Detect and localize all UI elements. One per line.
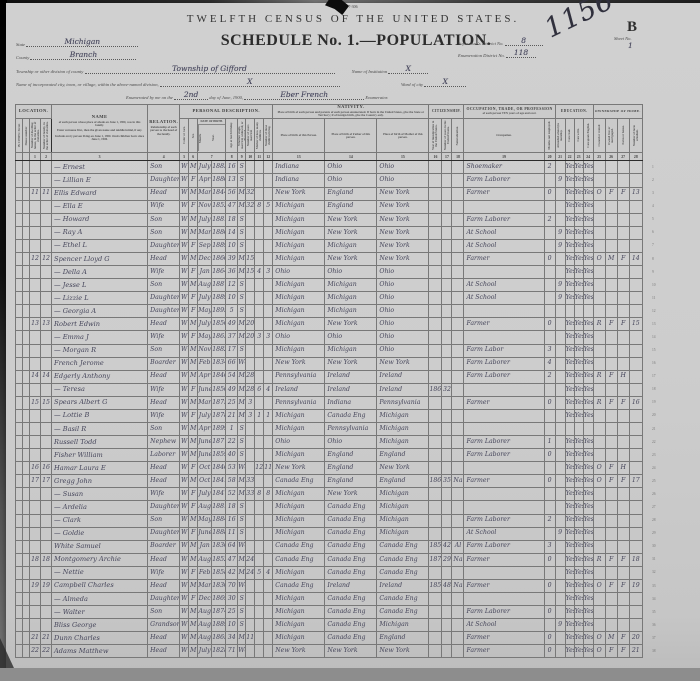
cell-en: Yes (583, 200, 593, 213)
cell-mpob: England (377, 632, 429, 645)
cell-st (16, 331, 23, 344)
cell-sex: F (189, 488, 198, 501)
cell-wr: Yes (574, 436, 583, 449)
cell-fm (605, 239, 617, 252)
cell-rd: Yes (565, 579, 574, 592)
cell-nat (452, 252, 464, 265)
cell-yus (442, 252, 452, 265)
cell-own (593, 606, 605, 619)
cell-nat (452, 174, 464, 187)
cell-cl (264, 305, 273, 318)
cell-imm: 1865 (429, 475, 442, 488)
name-cell: — Lizzie L (52, 292, 148, 305)
cell-fpob: Indiana (325, 396, 377, 409)
cell-imm (429, 187, 442, 200)
cell-occ (464, 383, 544, 396)
cell-imm: 1852 (429, 579, 442, 592)
census-table: LOCATION. NAME of each person whose plac… (15, 104, 643, 658)
cell-pob: Michigan (273, 213, 325, 226)
cell-ms: S (238, 161, 246, 174)
cell-yus (442, 527, 452, 540)
cell-occ: Farm Laborer (464, 449, 544, 462)
cell-cl: 1 (264, 409, 273, 422)
cell-st (16, 449, 23, 462)
cell-age: 16 (226, 514, 238, 527)
cell-occ: Farmer (464, 579, 544, 592)
enumerator-label: Enumerator. (365, 95, 388, 100)
cell-rd: Yes (565, 370, 574, 383)
cell-hn (23, 566, 30, 579)
name-cell: — Morgan R (52, 344, 148, 357)
table-row: — TeresaWifeWFJune185049M2864IrelandIrel… (16, 383, 643, 396)
cell-own (593, 540, 605, 553)
cell-fpob: New York (325, 213, 377, 226)
cell-wr: Yes (574, 619, 583, 632)
cell-mne (544, 174, 555, 187)
cell-sch (555, 370, 565, 383)
cell-mne: 2 (544, 213, 555, 226)
cell-pob: Canada Eng (273, 553, 325, 566)
cell-dw (30, 239, 41, 252)
table-row: 2222Adams MatthewHeadWMJuly182871WdNew Y… (16, 645, 643, 658)
cell-sex: M (189, 318, 198, 331)
cell-st (16, 540, 23, 553)
cell-fh (617, 501, 629, 514)
cell-en: Yes (583, 449, 593, 462)
cell-mpob: Michigan (377, 409, 429, 422)
cell-en: Yes (583, 606, 593, 619)
cell-fam: 14 (41, 370, 52, 383)
cell-mc: 8 (255, 200, 264, 213)
cell-mne (544, 592, 555, 605)
cell-age: 11 (226, 527, 238, 540)
cell-rel: Wife (148, 566, 180, 579)
cell-by: 1834 (212, 357, 226, 370)
cell-occ: At School (464, 239, 544, 252)
cell-st (16, 436, 23, 449)
cell-sch: 9 (555, 239, 565, 252)
cell-rel: Head (148, 252, 180, 265)
dob-month-col-header: Month. (198, 125, 212, 151)
cell-pob: Ireland (273, 383, 325, 396)
cell-fm (605, 200, 617, 213)
cell-mc (255, 579, 264, 592)
cell-by: 1887 (212, 279, 226, 292)
cell-fpob: Canada Eng (325, 592, 377, 605)
cell-wr: Yes (574, 200, 583, 213)
cell-fh (617, 383, 629, 396)
cell-occ: Farm Laborer (464, 357, 544, 370)
cell-nat (452, 632, 464, 645)
cell-wr: Yes (574, 187, 583, 200)
cell-age: 36 (226, 266, 238, 279)
cell-sex: M (189, 161, 198, 174)
cell-ms: M (238, 266, 246, 279)
cell-yus (442, 632, 452, 645)
cell-rd: Yes (565, 200, 574, 213)
cell-fpob: Ireland (325, 579, 377, 592)
cell-fs: 19 (629, 579, 642, 592)
cell-fs: 20 (629, 632, 642, 645)
cell-fpob: New York (325, 252, 377, 265)
cell-cl (264, 187, 273, 200)
name-cell: — Almeda (52, 592, 148, 605)
cell-en: Yes (583, 226, 593, 239)
cell-mc (255, 187, 264, 200)
cell-imm: 1858 (429, 540, 442, 553)
cell-rel: Head (148, 462, 180, 475)
cell-dw: 16 (30, 462, 41, 475)
cell-fs (629, 409, 642, 422)
cell-hn (23, 488, 30, 501)
cell-dw (30, 449, 41, 462)
cell-cl (264, 174, 273, 187)
cell-mpob: Michigan (377, 436, 429, 449)
cell-fpob: Ireland (325, 383, 377, 396)
cell-fm: M (605, 252, 617, 265)
cell-st (16, 645, 23, 658)
cell-rel: Head (148, 187, 180, 200)
cell-yus (442, 226, 452, 239)
cell-wr: Yes (574, 396, 583, 409)
cell-occ: Farmer (464, 252, 544, 265)
cell-by: 1888 (212, 527, 226, 540)
cell-wr: Yes (574, 318, 583, 331)
cell-ms: S (238, 292, 246, 305)
cell-occ: Farmer (464, 475, 544, 488)
cell-sex: M (189, 475, 198, 488)
cell-race: W (180, 606, 189, 619)
cell-fm (605, 161, 617, 174)
table-row: — WalterSonWMAug187425SMichiganCanada En… (16, 606, 643, 619)
cell-en: Yes (583, 266, 593, 279)
cell-ym (246, 540, 255, 553)
enumerated-day-value: 2nd (184, 90, 198, 99)
cell-wr: Yes (574, 213, 583, 226)
table-row: — Ray ASonWMMar188614SMichiganNew YorkNe… (16, 226, 643, 239)
cell-ms: S (238, 305, 246, 318)
line-number: 29 (652, 527, 664, 540)
cell-mc (255, 475, 264, 488)
cell-rd: Yes (565, 396, 574, 409)
cell-en: Yes (583, 357, 593, 370)
name-cell: Robert Edwin (52, 318, 148, 331)
cell-yus (442, 449, 452, 462)
cell-mc (255, 161, 264, 174)
table-row: — ArdeliaDaughterWFAug188118SMichiganCan… (16, 501, 643, 514)
cell-cl (264, 632, 273, 645)
name-cell: Hamar Laura E (52, 462, 148, 475)
cell-en: Yes (583, 383, 593, 396)
line-number: 28 (652, 514, 664, 527)
cell-rd: Yes (565, 540, 574, 553)
cell-cl (264, 606, 273, 619)
cell-mne (544, 619, 555, 632)
line-number: 24 (652, 462, 664, 475)
cell-mne (544, 239, 555, 252)
cell-own (593, 161, 605, 174)
cell-st (16, 396, 23, 409)
cell-sex: F (189, 200, 198, 213)
cell-fm (605, 174, 617, 187)
cell-mne (544, 527, 555, 540)
cell-own (593, 488, 605, 501)
cell-by: 1865 (212, 632, 226, 645)
cell-fm (605, 357, 617, 370)
cell-mpob: Ohio (377, 292, 429, 305)
cell-st (16, 279, 23, 292)
cell-fm (605, 619, 617, 632)
cell-imm (429, 632, 442, 645)
census-table-body: — ErnestSonWMJuly188316SIndianaOhioOhioS… (16, 161, 643, 658)
cell-occ: Farm Laborer (464, 514, 544, 527)
cell-st (16, 213, 23, 226)
cell-imm (429, 396, 442, 409)
cell-fs (629, 305, 642, 318)
cell-mne: 2 (544, 514, 555, 527)
cell-mpob: England (377, 475, 429, 488)
name-cell: — Walter (52, 606, 148, 619)
cell-hn (23, 436, 30, 449)
cell-fh: F (617, 579, 629, 592)
cell-mc: 8 (255, 488, 264, 501)
cell-rel: Boarder (148, 540, 180, 553)
cell-imm (429, 266, 442, 279)
cell-imm: 1871 (429, 553, 442, 566)
cell-mpob: New York (377, 645, 429, 658)
cell-nat (452, 606, 464, 619)
cell-cl (264, 422, 273, 435)
cell-rel: Boarder (148, 357, 180, 370)
cell-age: 5 (226, 305, 238, 318)
cell-bm: Nov (198, 200, 212, 213)
name-cell: Russell Todd (52, 436, 148, 449)
cell-hn (23, 449, 30, 462)
cell-race: W (180, 344, 189, 357)
cell-age: 17 (226, 344, 238, 357)
cell-fh: H (617, 462, 629, 475)
cell-bm: Oct (198, 475, 212, 488)
line-number: 27 (652, 501, 664, 514)
cell-st (16, 566, 23, 579)
cell-own (593, 292, 605, 305)
cell-hn (23, 514, 30, 527)
name-cell: Dunn Charles (52, 632, 148, 645)
occupation-section-header: OCCUPATION, TRADE, OR PROFESSION of each… (464, 105, 555, 119)
cell-cl (264, 501, 273, 514)
cell-pob: Canada Eng (273, 540, 325, 553)
cell-age: 13 (226, 174, 238, 187)
cell-mne (544, 566, 555, 579)
state-field: State Michigan (16, 37, 138, 47)
cell-yus: 29 (442, 553, 452, 566)
education-section-title: EDUCATION. (561, 109, 588, 113)
cell-dw (30, 200, 41, 213)
cell-sch (555, 200, 565, 213)
cell-fpob: Michigan (325, 239, 377, 252)
cell-cl: 8 (264, 488, 273, 501)
cell-race: W (180, 292, 189, 305)
cell-pob: Ohio (273, 266, 325, 279)
cell-hn (23, 396, 30, 409)
cell-yus (442, 200, 452, 213)
cell-occ (464, 566, 544, 579)
cell-age: 37 (226, 331, 238, 344)
cell-cl (264, 213, 273, 226)
cell-ym: 24 (246, 566, 255, 579)
cell-sch (555, 475, 565, 488)
name-cell: Bliss George (52, 619, 148, 632)
cell-age: 49 (226, 383, 238, 396)
cell-yus (442, 422, 452, 435)
cell-fm (605, 213, 617, 226)
cell-pob: Canada Eng (273, 475, 325, 488)
line-number: 1 (652, 161, 664, 174)
cell-mpob: Ohio (377, 344, 429, 357)
name-cell: — Ella E (52, 200, 148, 213)
cell-pob: Michigan (273, 344, 325, 357)
cell-fam (41, 344, 52, 357)
cell-fpob: Ohio (325, 161, 377, 174)
cell-ms: S (238, 239, 246, 252)
cell-mc (255, 501, 264, 514)
cell-mc (255, 396, 264, 409)
cell-by: 1882 (212, 344, 226, 357)
cell-bm: Jan (198, 540, 212, 553)
cell-mpob: Ireland (377, 579, 429, 592)
cell-ms: S (238, 501, 246, 514)
cell-mpob: Michigan (377, 527, 429, 540)
line-number: 33 (652, 580, 664, 593)
cell-yus (442, 318, 452, 331)
name-cell: — Jesse L (52, 279, 148, 292)
cell-pob: New York (273, 645, 325, 658)
cell-fpob: New York (325, 357, 377, 370)
table-row: — HowardSonWMJuly188118SMichiganNew York… (16, 213, 643, 226)
cell-mne: 0 (544, 645, 555, 658)
cell-en: Yes (583, 396, 593, 409)
cell-mne: 0 (544, 187, 555, 200)
cell-fm: F (605, 370, 617, 383)
cell-ms: S (238, 619, 246, 632)
cell-bm: Oct (198, 462, 212, 475)
cell-sex: M (189, 645, 198, 658)
name-cell: Spencer Lloyd G (52, 252, 148, 265)
cell-dw (30, 422, 41, 435)
cell-st (16, 292, 23, 305)
cell-occ (464, 409, 544, 422)
cell-st (16, 475, 23, 488)
supervisor-label: Supervisor's District No. (458, 41, 504, 46)
cell-age: 53 (226, 462, 238, 475)
cell-nat (452, 645, 464, 658)
cell-fm (605, 606, 617, 619)
cell-rd: Yes (565, 592, 574, 605)
cell-en: Yes (583, 475, 593, 488)
cell-dw (30, 514, 41, 527)
cell-hn (23, 632, 30, 645)
cell-dw (30, 279, 41, 292)
cell-bm: Mar (198, 187, 212, 200)
cell-wr: Yes (574, 357, 583, 370)
cell-cl (264, 161, 273, 174)
cell-imm: 1868 (429, 383, 442, 396)
farm-house-col-header: Farm or house. (622, 125, 625, 145)
cell-nat: Na (452, 475, 464, 488)
cell-occ: Farm Laborer (464, 540, 544, 553)
cell-sex: M (189, 553, 198, 566)
cell-dw: 11 (30, 187, 41, 200)
cell-bm: Jan (198, 266, 212, 279)
cell-nat (452, 318, 464, 331)
cell-ms: M (238, 566, 246, 579)
name-cell: — Ardelia (52, 501, 148, 514)
enumeration-district-label: Enumeration District No. (458, 53, 505, 58)
cell-sex: F (189, 331, 198, 344)
cell-ms: M (238, 488, 246, 501)
cell-fs: 17 (629, 475, 642, 488)
cell-bm: Aug (198, 606, 212, 619)
cell-st (16, 579, 23, 592)
cell-ym (246, 606, 255, 619)
cell-fs: 13 (629, 187, 642, 200)
cell-sch (555, 566, 565, 579)
cell-occ: Farmer (464, 187, 544, 200)
cell-fh (617, 488, 629, 501)
cell-fs: 21 (629, 645, 642, 658)
cell-dw: 22 (30, 645, 41, 658)
cell-pob: Michigan (273, 592, 325, 605)
cell-fam (41, 174, 52, 187)
cell-bm: Aug (198, 553, 212, 566)
cell-st (16, 383, 23, 396)
cell-mc (255, 449, 264, 462)
cell-by: 1863 (212, 331, 226, 344)
cell-yus (442, 566, 452, 579)
cell-fam: 16 (41, 462, 52, 475)
cell-imm (429, 514, 442, 527)
cell-mne (544, 488, 555, 501)
cell-hn (23, 318, 30, 331)
cell-race: W (180, 475, 189, 488)
cell-fpob: Ohio (325, 331, 377, 344)
cell-hn (23, 200, 30, 213)
cell-wr: Yes (574, 514, 583, 527)
cell-mpob: Ohio (377, 331, 429, 344)
cell-yus: 48 (442, 579, 452, 592)
cell-hn (23, 619, 30, 632)
incorporated-field: Name of incorporated city, town, or vill… (16, 77, 466, 87)
cell-age: 10 (226, 239, 238, 252)
cell-sex: F (189, 239, 198, 252)
cell-hn (23, 344, 30, 357)
cell-en: Yes (583, 566, 593, 579)
cell-dw (30, 174, 41, 187)
cell-ym: 33 (246, 475, 255, 488)
cell-mne (544, 226, 555, 239)
line-number: 9 (652, 266, 664, 279)
cell-bm: Aug (198, 619, 212, 632)
cell-mpob: Ohio (377, 279, 429, 292)
cell-bm: Mar (198, 226, 212, 239)
cell-bm: Dec (198, 252, 212, 265)
cell-by: 1836 (212, 540, 226, 553)
enumeration-district-field: Enumeration District No. 118 (458, 48, 536, 58)
cell-fs (629, 161, 642, 174)
cell-by: 1895 (212, 305, 226, 318)
cell-hn (23, 540, 30, 553)
cell-mc (255, 436, 264, 449)
